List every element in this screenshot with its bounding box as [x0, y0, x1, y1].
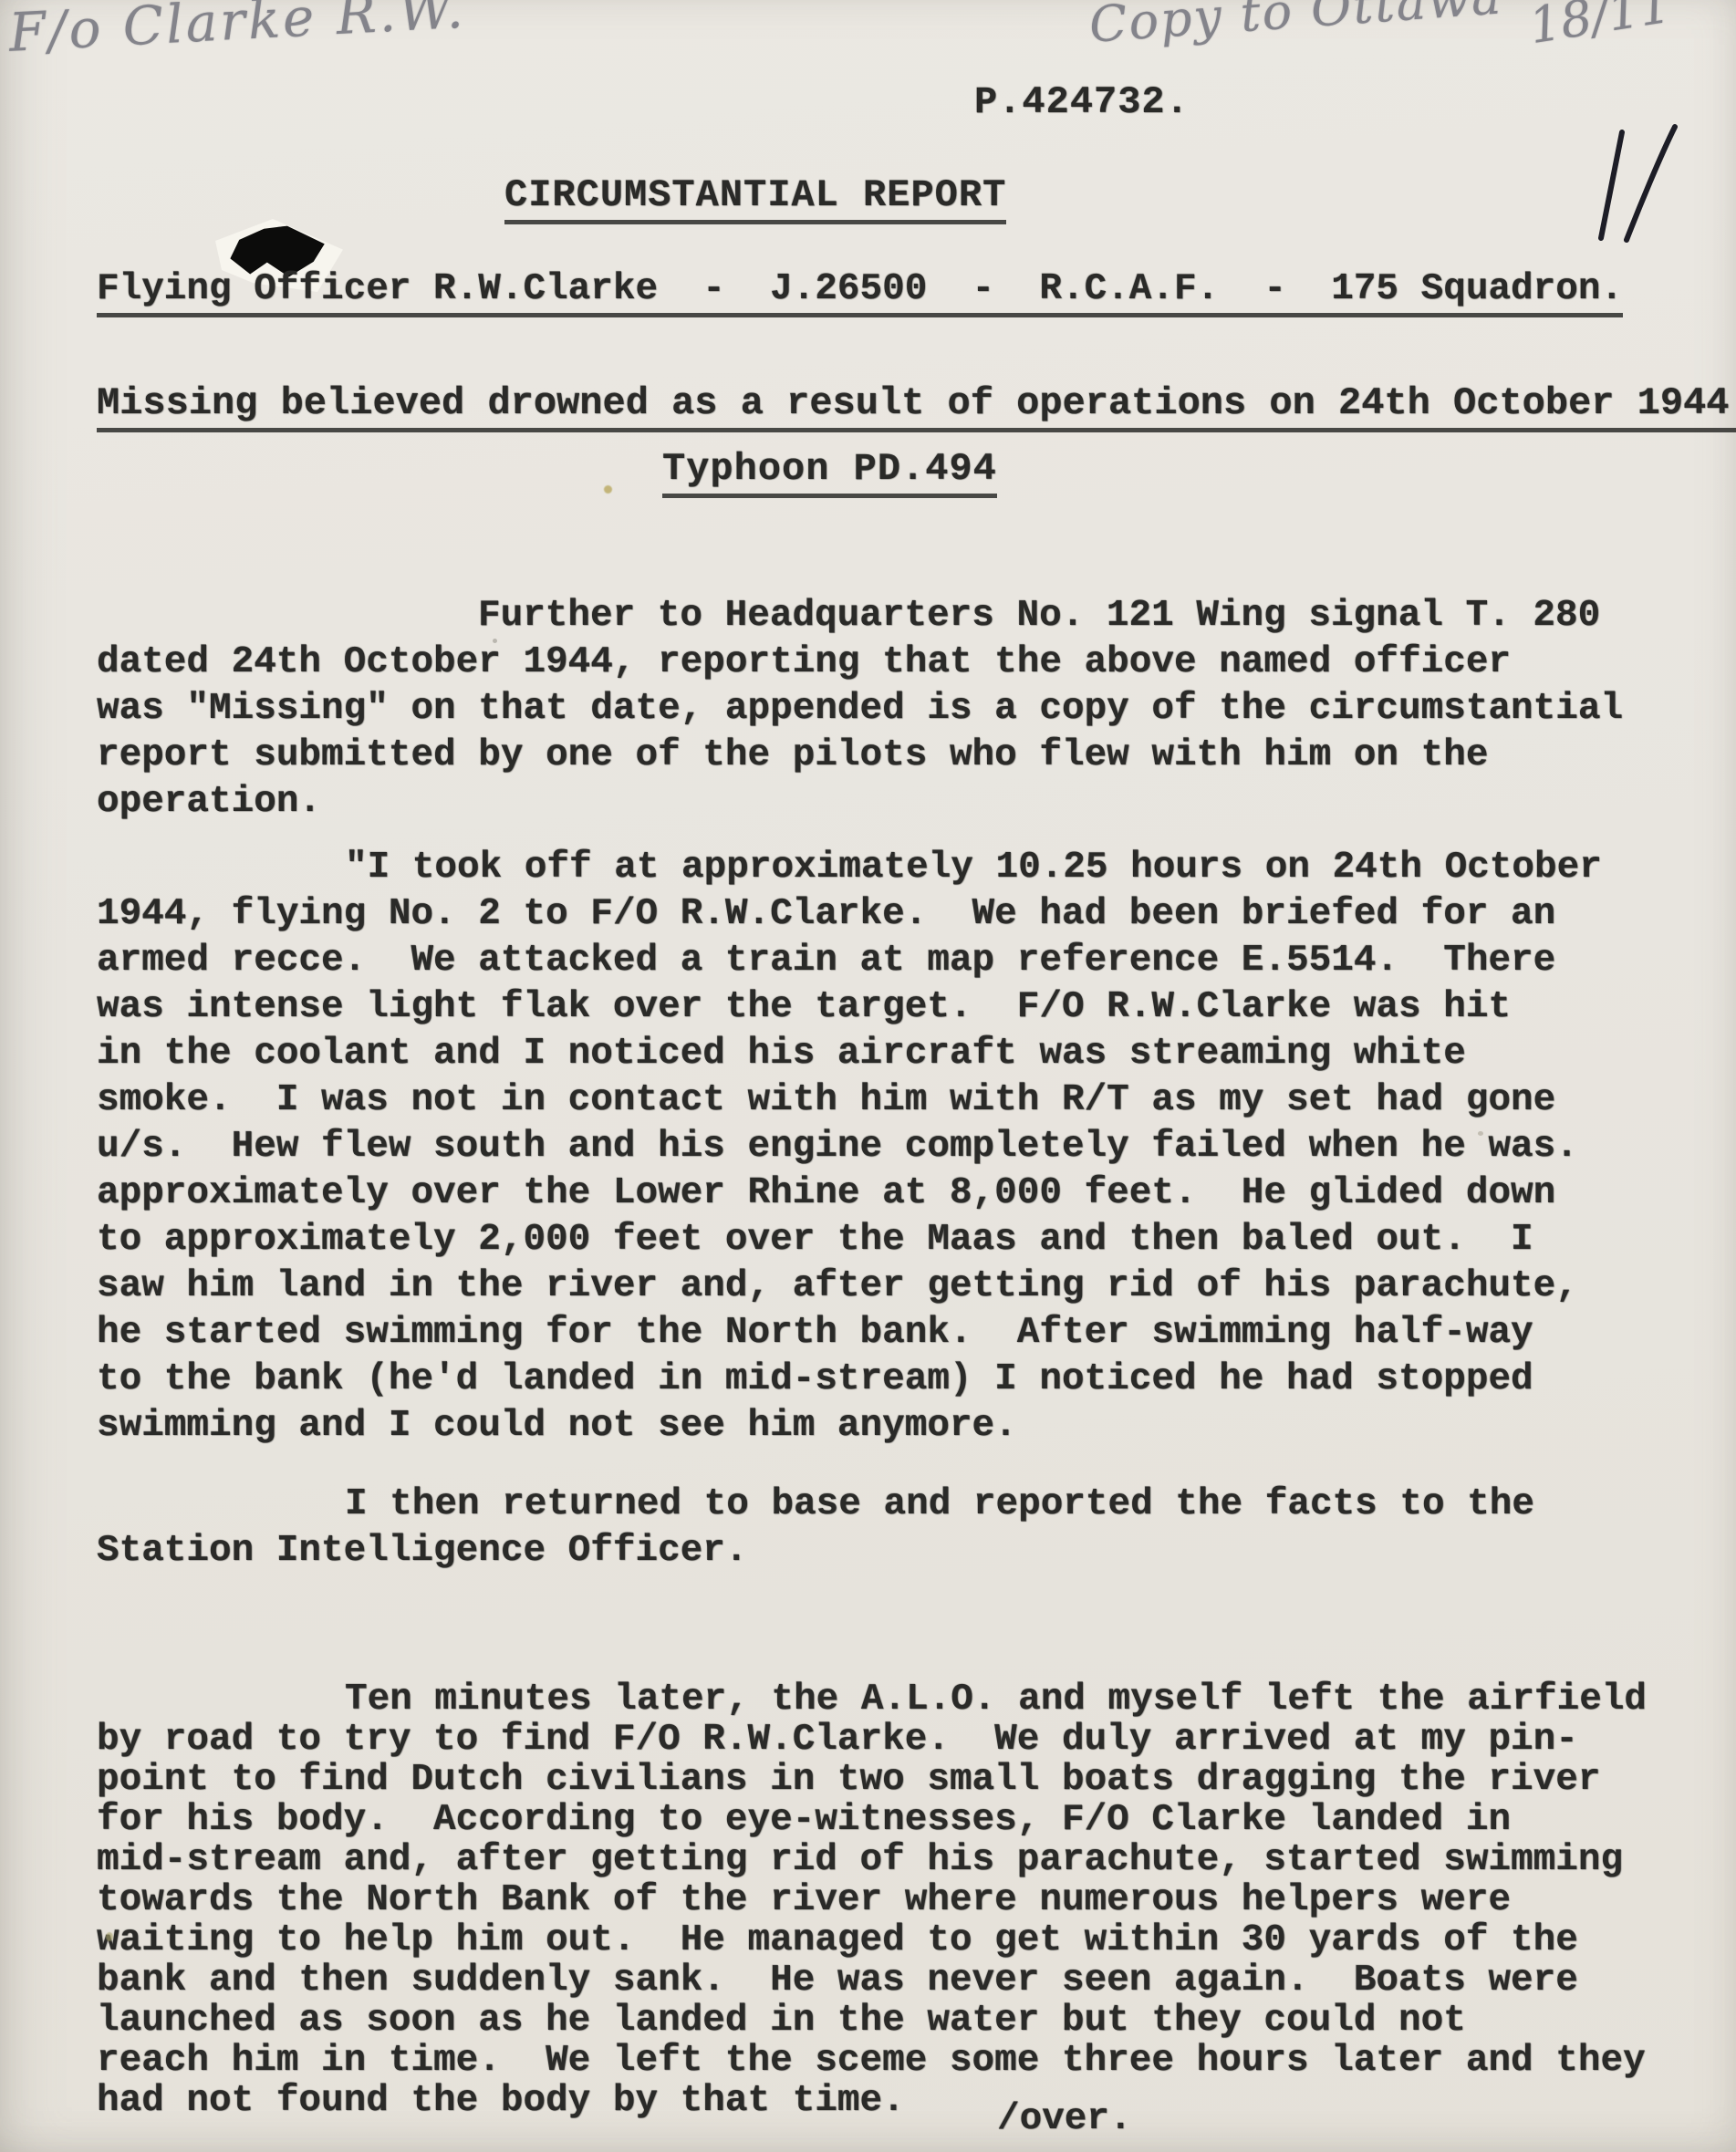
handwritten-name-annotation: F/o Clarke R.W.: [7, 0, 467, 64]
paper-speck: [493, 639, 497, 643]
scanned-document-page: F/o Clarke R.W. Copy to Ottawa 18/11 P.4…: [0, 0, 1736, 2152]
paper-speck: [106, 1932, 113, 1941]
paper-speck: [604, 485, 612, 494]
paragraph-search-account: Ten minutes later, the A.L.O. and myself…: [97, 1679, 1736, 2121]
handwritten-date-annotation: 18/11: [1525, 0, 1675, 55]
paper-speck: [1478, 1131, 1483, 1136]
report-body: Further to Headquarters No. 121 Wing sig…: [97, 593, 1736, 2121]
page-footer-over: /over.: [997, 2098, 1132, 2140]
aircraft-line: Typhoon PD.494: [662, 447, 997, 498]
paragraph-pilot-account: "I took off at approximately 10.25 hours…: [97, 845, 1736, 1450]
file-number: P.424732.: [974, 80, 1190, 124]
handwritten-copy-annotation: Copy to Ottawa: [1087, 0, 1504, 54]
paragraph-return-to-base: I then returned to base and reported the…: [97, 1481, 1736, 1575]
subject-line: Flying Officer R.W.Clarke - J.26500 - R.…: [97, 268, 1623, 317]
paragraph-intro: Further to Headquarters No. 121 Wing sig…: [97, 593, 1736, 826]
status-line: Missing believed drowned as a result of …: [97, 381, 1736, 432]
page-title: CIRCUMSTANTIAL REPORT: [504, 173, 1006, 224]
ink-tally-mark: [1581, 123, 1681, 246]
